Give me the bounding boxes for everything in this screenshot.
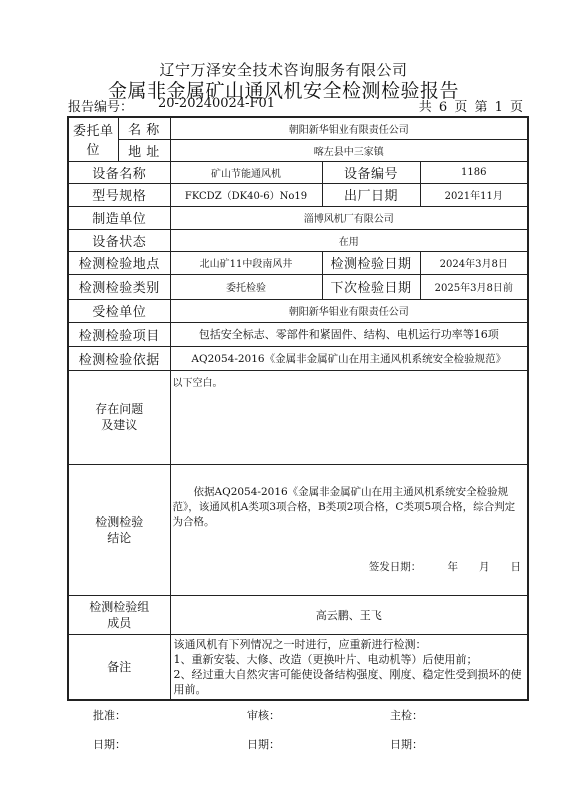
status-label: 设备状态 [68, 229, 170, 251]
items-label: 检测检验项目 [68, 322, 170, 346]
approve-label: 批准： [93, 707, 126, 723]
items: 包括安全标志、零部件和紧固件、结构、电机运行功率等16项 [170, 322, 528, 346]
factory-date-label: 出厂日期 [322, 183, 420, 206]
client-label: 委托单位 [68, 117, 118, 161]
issues: 以下空白。 [170, 370, 528, 464]
conclusion: 依据AQ2054-2016《金属非金属矿山在用主通风机系统安全检验规范》，该通风… [170, 464, 528, 595]
inspector-date-label: 日期： [390, 736, 423, 752]
location-label: 检测检验地点 [68, 251, 170, 274]
client-name-label: 名 称 [118, 117, 170, 139]
model: FKCDZ（DK40-6）No19 [170, 183, 322, 206]
inspected-unit: 朝阳新华钼业有限责任公司 [170, 299, 528, 322]
page-count: 共 6 页 第 1 页 [419, 96, 523, 115]
next-date-label: 下次检验日期 [322, 274, 420, 299]
inspection-date: 2024年3月8日 [420, 251, 528, 274]
issue-date: 签发日期： 年 月 日 [173, 560, 522, 575]
category: 委托检验 [170, 274, 322, 299]
team-label: 检测检验组 成员 [68, 595, 170, 634]
client-address-label: 地 址 [118, 139, 170, 161]
factory-date: 2021年11月 [420, 183, 528, 206]
client-address: 喀左县中三家镇 [170, 139, 528, 161]
review-label: 审核： [247, 707, 280, 723]
review-date-label: 日期： [247, 736, 280, 752]
conclusion-text: 依据AQ2054-2016《金属非金属矿山在用主通风机系统安全检验规范》，该通风… [173, 485, 522, 530]
equipment-no: 1186 [420, 161, 528, 183]
report-table: 委托单位 名 称 朝阳新华钼业有限责任公司 地 址 喀左县中三家镇 设备名称 矿… [67, 116, 529, 701]
inspector-label: 主检： [390, 707, 423, 723]
equipment-name: 矿山节能通风机 [170, 161, 322, 183]
model-label: 型号规格 [68, 183, 170, 206]
location: 北山矿11中段南风井 [170, 251, 322, 274]
basis-label: 检测检验依据 [68, 346, 170, 370]
team-members: 高云鹏、王飞 [170, 595, 528, 634]
manufacturer: 淄博风机厂有限公司 [170, 206, 528, 229]
equipment-name-label: 设备名称 [68, 161, 170, 183]
basis: AQ2054-2016《金属非金属矿山在用主通风机系统安全检验规范》 [170, 346, 528, 370]
category-label: 检测检验类别 [68, 274, 170, 299]
notes: 该通风机有下列情况之一时进行，应重新进行检测： 1、重新安装、大修、改造（更换叶… [170, 634, 528, 700]
status: 在用 [170, 229, 528, 251]
conclusion-label: 检测检验 结论 [68, 464, 170, 595]
report-no-label: 报告编号： [68, 96, 133, 115]
equipment-no-label: 设备编号 [322, 161, 420, 183]
next-date: 2025年3月8日前 [420, 274, 528, 299]
approve-date-label: 日期： [93, 736, 126, 752]
issues-label: 存在问题 及建议 [68, 370, 170, 464]
report-no: 20-20240024-F01 [158, 96, 275, 111]
manufacturer-label: 制造单位 [68, 206, 170, 229]
inspection-date-label: 检测检验日期 [322, 251, 420, 274]
client-name: 朝阳新华钼业有限责任公司 [170, 117, 528, 139]
notes-label: 备注 [68, 634, 170, 700]
inspected-unit-label: 受检单位 [68, 299, 170, 322]
